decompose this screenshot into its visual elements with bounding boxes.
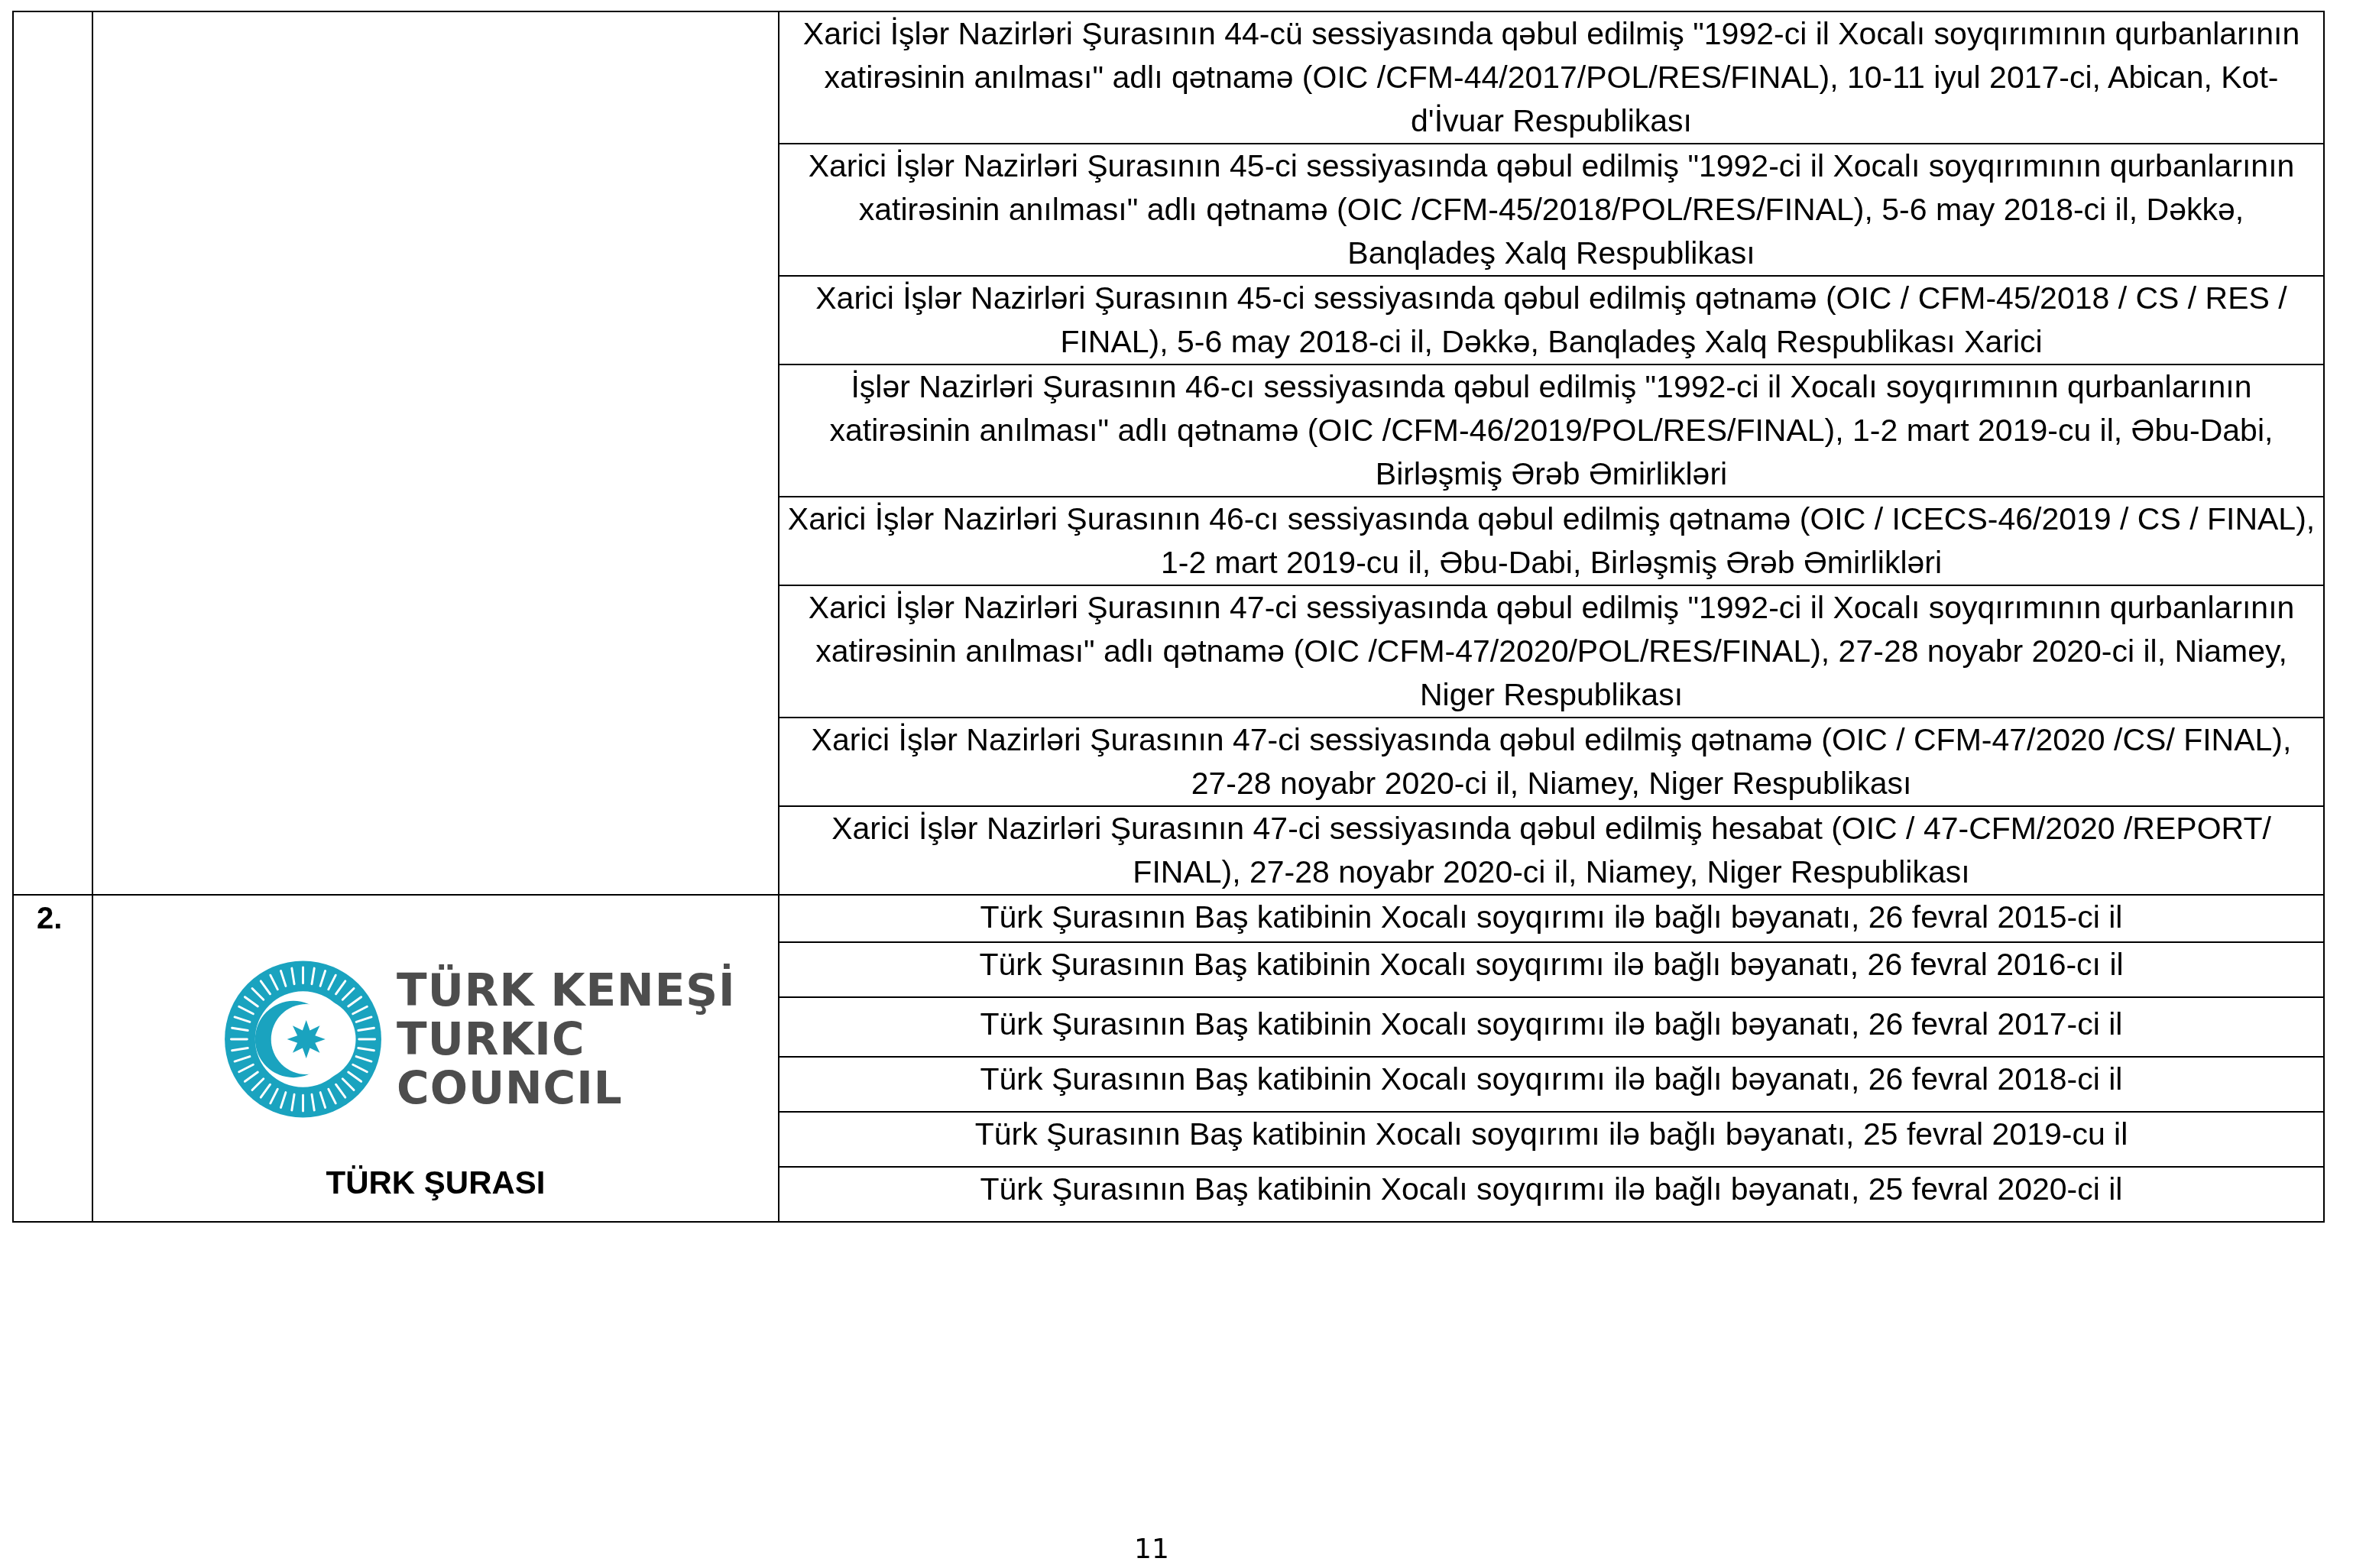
document-cell: Xarici İşlər Nazirləri Şurasının 44-cü s… bbox=[779, 11, 2324, 144]
organization-cell bbox=[92, 11, 779, 895]
document-cell: Türk Şurasının Baş katibinin Xocalı soyq… bbox=[779, 1057, 2324, 1112]
document-cell: Xarici İşlər Nazirləri Şurasının 45-ci s… bbox=[779, 144, 2324, 276]
document-cell: Türk Şurasının Baş katibinin Xocalı soyq… bbox=[779, 1167, 2324, 1222]
turkic-council-emblem-icon bbox=[223, 949, 383, 1129]
logo-line-1: TÜRK KENEŞİ bbox=[397, 966, 778, 1015]
document-cell: Xarici İşlər Nazirləri Şurasının 47-ci s… bbox=[779, 718, 2324, 806]
row-number: 2. bbox=[13, 895, 92, 1222]
table-row: 2. TÜRK KENEŞİ TURKIC C bbox=[13, 895, 2324, 942]
document-cell: Xarici İşlər Nazirləri Şurasının 46-cı s… bbox=[779, 497, 2324, 585]
logo-wordmark: TÜRK KENEŞİ TURKIC COUNCIL bbox=[397, 966, 778, 1113]
document-cell: Türk Şurasının Baş katibinin Xocalı soyq… bbox=[779, 942, 2324, 997]
document-cell: Türk Şurasının Baş katibinin Xocalı soyq… bbox=[779, 1112, 2324, 1167]
document-cell: Xarici İşlər Nazirləri Şurasının 45-ci s… bbox=[779, 276, 2324, 364]
organization-name: TÜRK ŞURASI bbox=[93, 1165, 778, 1201]
logo-line-2: TURKIC COUNCIL bbox=[397, 1015, 778, 1113]
number-cell bbox=[13, 11, 92, 895]
turkic-council-logo: TÜRK KENEŞİ TURKIC COUNCIL bbox=[223, 949, 778, 1129]
document-cell: İşlər Nazirləri Şurasının 46-cı sessiyas… bbox=[779, 364, 2324, 497]
document-cell: Xarici İşlər Nazirləri Şurasının 47-ci s… bbox=[779, 585, 2324, 718]
document-cell: Xarici İşlər Nazirləri Şurasının 47-ci s… bbox=[779, 806, 2324, 895]
page-number: 11 bbox=[1134, 1534, 1169, 1565]
document-cell: Türk Şurasının Baş katibinin Xocalı soyq… bbox=[779, 895, 2324, 942]
document-cell: Türk Şurasının Baş katibinin Xocalı soyq… bbox=[779, 997, 2324, 1057]
organization-cell: TÜRK KENEŞİ TURKIC COUNCIL TÜRK ŞURASI bbox=[92, 895, 779, 1222]
table-row: Xarici İşlər Nazirləri Şurasının 44-cü s… bbox=[13, 11, 2324, 144]
resolutions-table: Xarici İşlər Nazirləri Şurasının 44-cü s… bbox=[12, 11, 2325, 1223]
